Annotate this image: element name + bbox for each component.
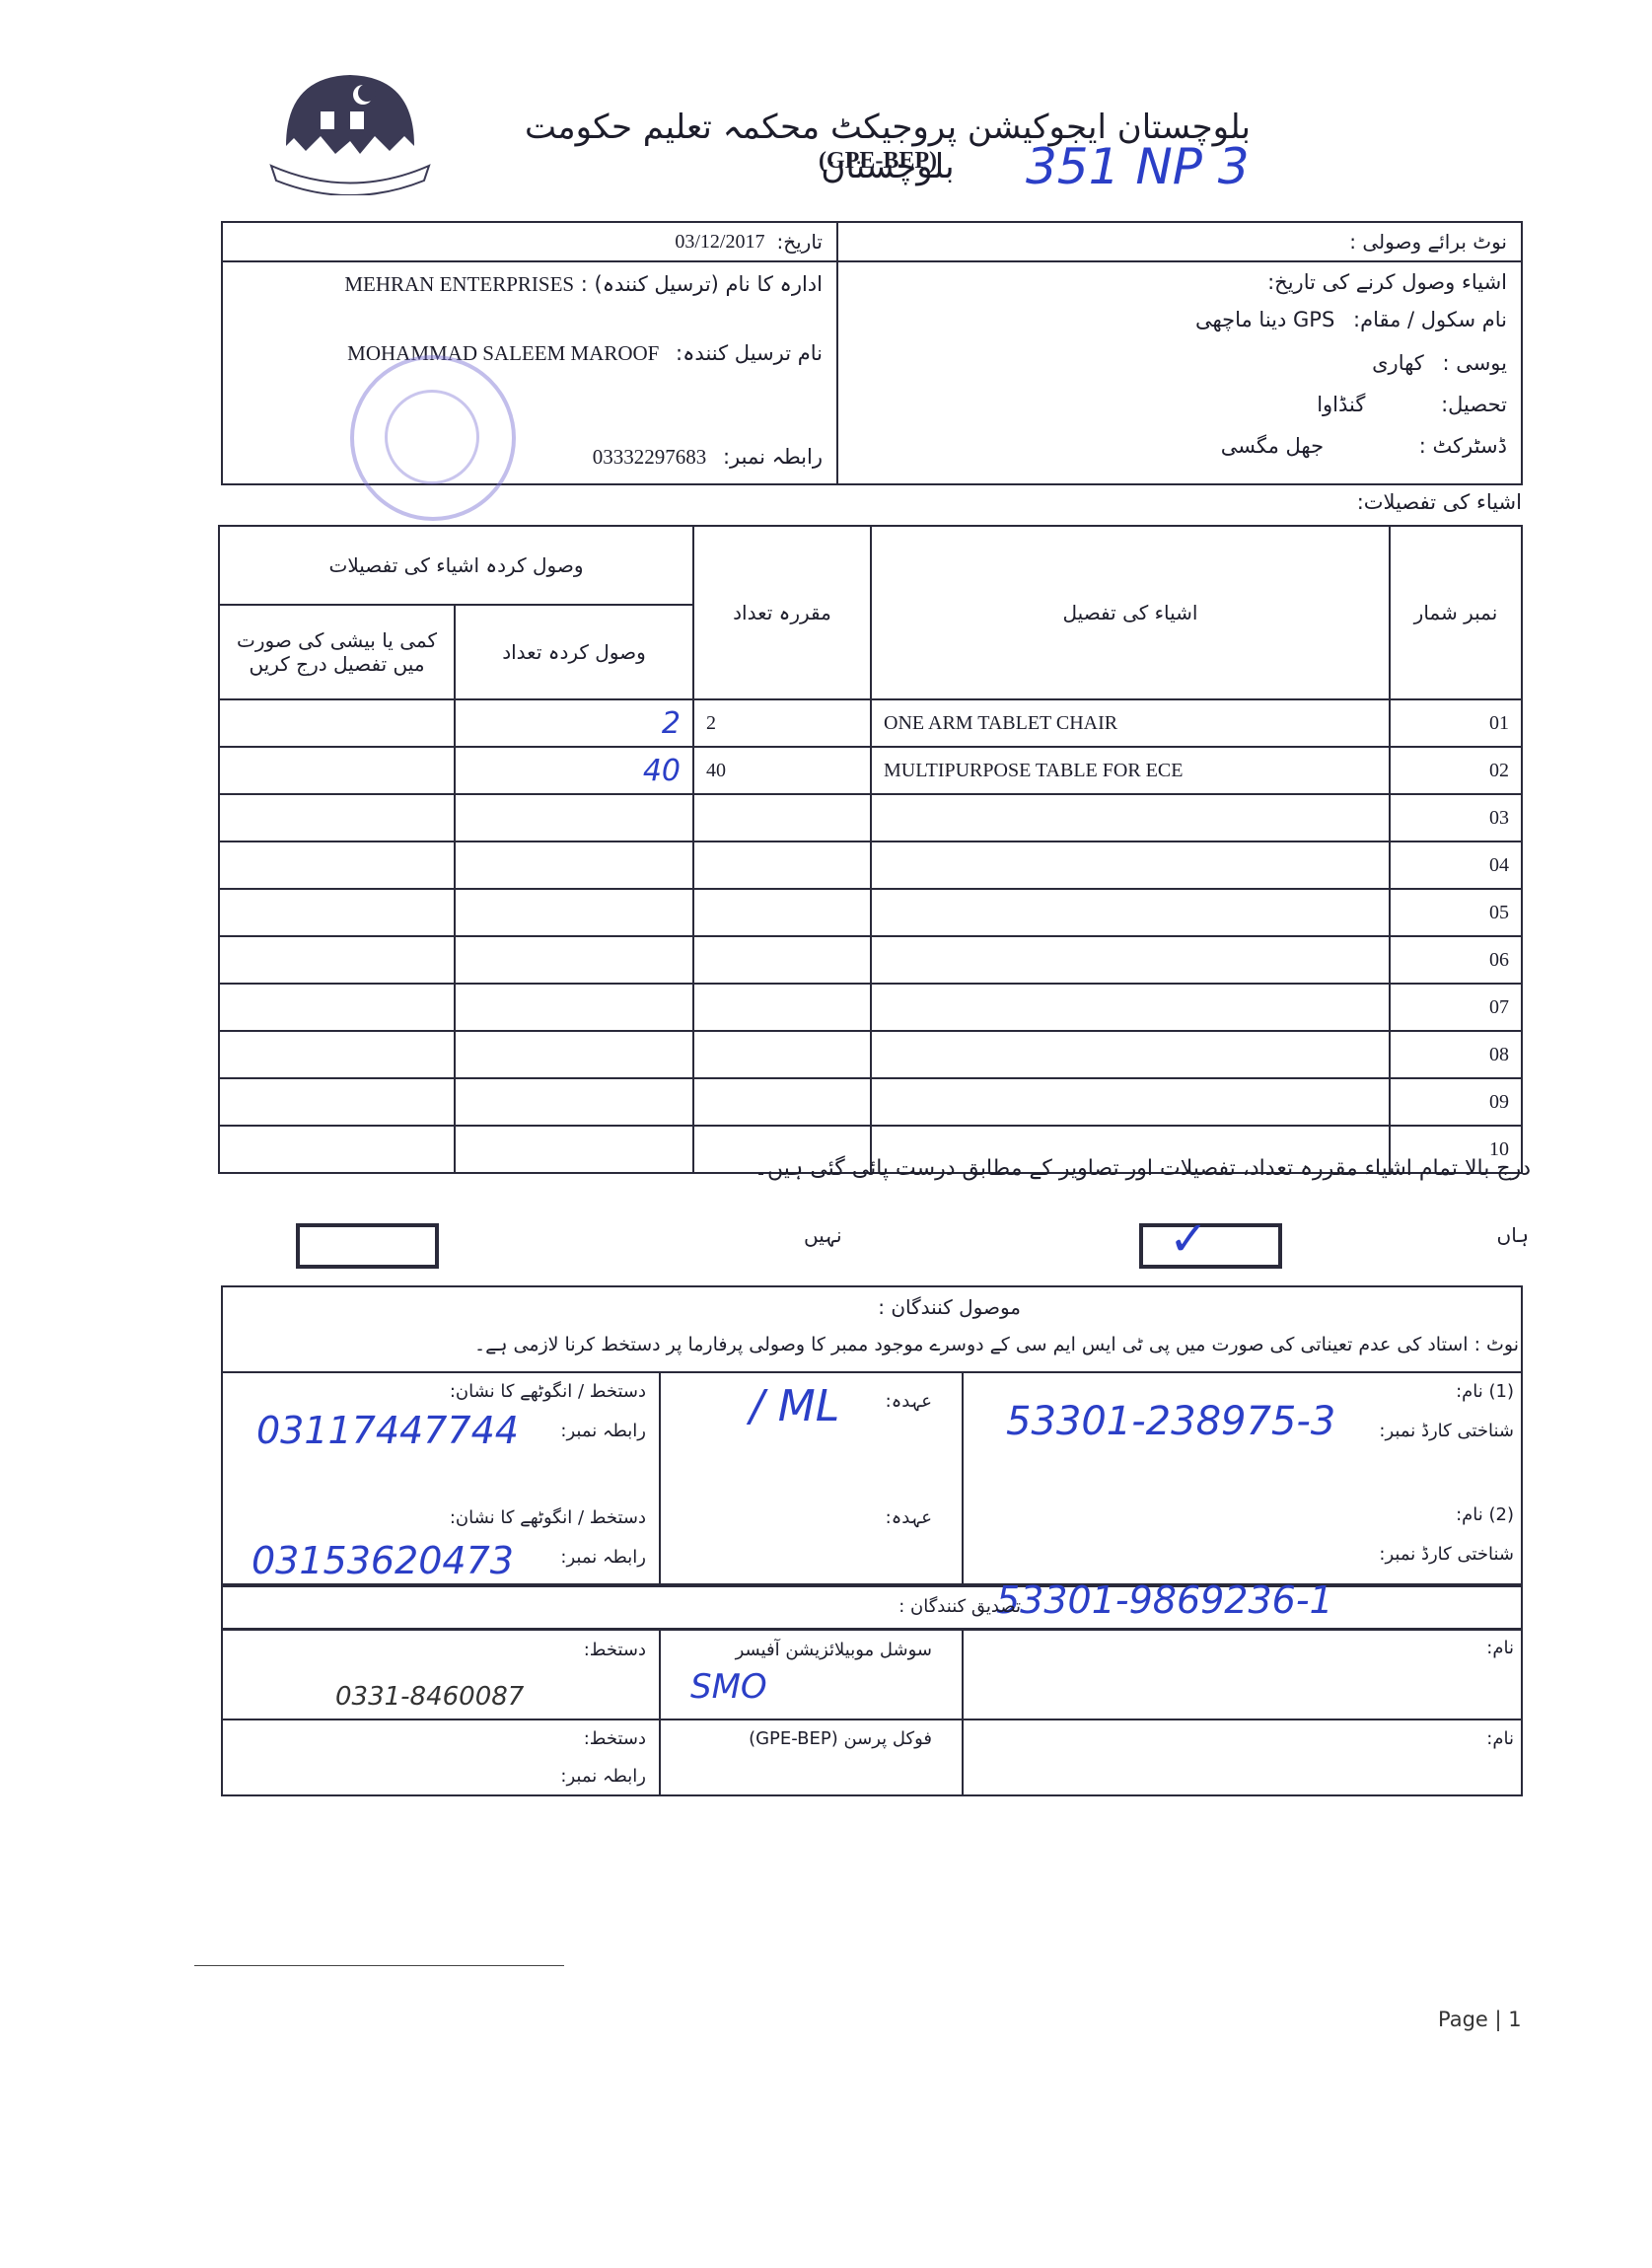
tehsil-row: تحصیل: گنڈاوا (1317, 393, 1507, 416)
discrepancy-cell (219, 1031, 455, 1078)
discrepancy-cell (219, 1078, 455, 1126)
description-cell (871, 984, 1390, 1031)
serial-cell: 03 (1390, 794, 1522, 841)
district-value: جھل مگسی (1221, 434, 1324, 458)
received-qty-cell (455, 1078, 693, 1126)
table-row: 05 (219, 889, 1522, 936)
discrepancy-cell (219, 747, 455, 794)
receiver-2-name-label: (2) نام: (1456, 1504, 1514, 1525)
description-cell (871, 1031, 1390, 1078)
date-label: تاریخ: (776, 230, 823, 254)
uc-label: یوسی : (1442, 351, 1507, 375)
district-label: ڈسٹرکٹ : (1419, 434, 1507, 458)
uc-value: کھاری (1372, 351, 1424, 375)
description-cell (871, 936, 1390, 984)
date-row: تاریخ: 03/12/2017 (223, 223, 836, 262)
school-label: نام سکول / مقام: (1353, 308, 1507, 331)
page-subtitle: (GPE-BEP) (730, 148, 1026, 175)
district-row: ڈسٹرکٹ : جھل مگسی (1221, 434, 1507, 458)
fixed-qty-cell (693, 984, 871, 1031)
serial-cell: 08 (1390, 1031, 1522, 1078)
handwritten-reference: 351 NP 3 (1026, 138, 1250, 195)
discrepancy-cell (219, 794, 455, 841)
received-qty-cell (455, 1126, 693, 1173)
date-value: 03/12/2017 (675, 231, 764, 254)
receiver-1-signature-label: دستخط / انگوٹھے کا نشان: (450, 1381, 646, 1402)
table-row: 07 (219, 984, 1522, 1031)
verifier-1-signature-label: دستخط: (584, 1640, 646, 1660)
discrepancy-cell (219, 699, 455, 747)
received-qty-cell (455, 984, 693, 1031)
discrepancy-cell (219, 936, 455, 984)
serial-cell: 01 (1390, 699, 1522, 747)
verifier-2-role: فوکل پرسن (GPE-BEP) (749, 1728, 932, 1749)
receiver-1-designation-label: عہدہ: (886, 1391, 932, 1412)
fixed-qty-cell (693, 889, 871, 936)
verifier-1-role: سوشل موبیلائزیشن آفیسر (736, 1640, 932, 1660)
receivers-note: نوٹ : استاد کی عدم تعیناتی کی صورت میں پ… (474, 1334, 1519, 1355)
receiver-1-name-label: (1) نام: (1456, 1381, 1514, 1402)
table-row: 04 (219, 841, 1522, 889)
description-cell (871, 794, 1390, 841)
serial-cell: 06 (1390, 936, 1522, 984)
divider (221, 1628, 1523, 1631)
verifiers-title: تصدیق کنندگان : (898, 1596, 1021, 1617)
yes-checkbox[interactable] (1139, 1223, 1282, 1269)
receiver-1-cnic: 53301-238975-3 (1006, 1399, 1335, 1444)
discrepancy-cell (219, 984, 455, 1031)
divider (962, 1371, 964, 1583)
verifier-1-contact: 0331-8460087 (335, 1682, 524, 1712)
header-serial: نمبر شمار (1390, 526, 1522, 699)
verifier-1-role-handwritten: SMO (690, 1667, 767, 1707)
footer-rule (194, 1965, 564, 1966)
receiver-2-cnic-label: شناختی کارڈ نمبر: (1379, 1544, 1514, 1565)
discrepancy-cell (219, 841, 455, 889)
sender-label: نام ترسیل کنندہ: (676, 341, 823, 365)
table-header-row: نمبر شمار اشیاء کی تفصیل مقررہ تعداد وصو… (219, 526, 1522, 605)
table-row: 08 (219, 1031, 1522, 1078)
table-row: 03 (219, 794, 1522, 841)
serial-cell: 07 (1390, 984, 1522, 1031)
receiver-1-cnic-label: شناختی کارڈ نمبر: (1379, 1421, 1514, 1441)
received-qty-cell: 40 (455, 747, 693, 794)
receiver-2-contact: 03153620473 (251, 1539, 514, 1582)
fixed-qty-cell: 2 (693, 699, 871, 747)
items-section-label: اشیاء کی تفصیلات: (1357, 490, 1522, 514)
note-row: نوٹ برائے وصولی : (836, 223, 1521, 262)
receiver-2-cnic: 53301-9869236-1 (996, 1578, 1333, 1622)
fixed-qty-cell (693, 1078, 871, 1126)
school-value: GPS دینا ماچھی (1195, 308, 1334, 331)
government-logo (266, 67, 434, 195)
divider (221, 1371, 1523, 1373)
divider (659, 1628, 661, 1796)
table-row: 01ONE ARM TABLET CHAIR22 (219, 699, 1522, 747)
org-row: ادارہ کا نام (ترسیل کنندہ) : MEHRAN ENTE… (344, 272, 823, 297)
receiver-1-designation-signature: / ML (750, 1381, 839, 1431)
received-qty-cell (455, 936, 693, 984)
declaration-text: درج بالا تمام اشیاء مقررہ تعداد، تفصیلات… (754, 1156, 1531, 1181)
company-stamp-inner (385, 390, 479, 484)
check-mark-icon: ✓ (1169, 1211, 1208, 1267)
header-discrepancy: کمی یا بیشی کی صورت میں تفصیل درج کریں (219, 605, 455, 699)
receive-date-label: اشیاء وصول کرنے کی تاریخ: (1267, 270, 1507, 294)
header-description: اشیاء کی تفصیل (871, 526, 1390, 699)
received-qty-cell (455, 889, 693, 936)
sender-info: تاریخ: 03/12/2017 ادارہ کا نام (ترسیل کن… (223, 223, 838, 483)
header-received-group: وصول کردہ اشیاء کی تفصیلات (219, 526, 693, 605)
contact-value: 03332297683 (593, 445, 707, 469)
table-row: 09 (219, 1078, 1522, 1126)
school-row: نام سکول / مقام: GPS دینا ماچھی (1195, 308, 1507, 331)
page-number: Page | 1 (1438, 2008, 1522, 2031)
receipt-info: نوٹ برائے وصولی : اشیاء وصول کرنے کی تار… (836, 223, 1521, 483)
tehsil-value: گنڈاوا (1317, 393, 1365, 416)
discrepancy-cell (219, 889, 455, 936)
tehsil-label: تحصیل: (1441, 393, 1507, 416)
description-cell (871, 1078, 1390, 1126)
serial-cell: 05 (1390, 889, 1522, 936)
receiver-1-contact: 03117447744 (256, 1409, 519, 1452)
received-qty-cell: 2 (455, 699, 693, 747)
verifier-2-signature-label: دستخط: (584, 1728, 646, 1749)
fixed-qty-cell (693, 936, 871, 984)
receivers-title: موصول کنندگان : (878, 1295, 1021, 1319)
fixed-qty-cell (693, 794, 871, 841)
description-cell: MULTIPURPOSE TABLE FOR ECE (871, 747, 1390, 794)
no-checkbox[interactable] (296, 1223, 439, 1269)
header-received-qty: وصول کردہ تعداد (455, 605, 693, 699)
received-qty-cell (455, 1031, 693, 1078)
fixed-qty-cell: 40 (693, 747, 871, 794)
verifier-2-contact-label: رابطہ نمبر: (560, 1766, 646, 1787)
table-row: 06 (219, 936, 1522, 984)
verifier-2-name-label: نام: (1486, 1728, 1514, 1749)
serial-cell: 09 (1390, 1078, 1522, 1126)
received-qty-cell (455, 841, 693, 889)
org-label: ادارہ کا نام (ترسیل کنندہ) : (581, 272, 823, 296)
uc-row: یوسی : کھاری (1372, 351, 1507, 375)
receiver-2-designation-label: عہدہ: (886, 1507, 932, 1528)
description-cell (871, 841, 1390, 889)
header-fixed-qty: مقررہ تعداد (693, 526, 871, 699)
description-cell (871, 889, 1390, 936)
received-qty-cell (455, 794, 693, 841)
serial-cell: 02 (1390, 747, 1522, 794)
divider (659, 1371, 661, 1583)
note-label: نوٹ برائے وصولی : (1349, 230, 1507, 254)
sender-name: MOHAMMAD SALEEM MAROOF (347, 341, 659, 365)
items-table: نمبر شمار اشیاء کی تفصیل مقررہ تعداد وصو… (218, 525, 1523, 1174)
no-label: نہیں (804, 1223, 842, 1247)
divider (962, 1628, 964, 1796)
contact-row: رابطہ نمبر: 03332297683 (593, 445, 823, 470)
verifier-1-name-label: نام: (1486, 1638, 1514, 1658)
fixed-qty-cell (693, 841, 871, 889)
table-row: 02MULTIPURPOSE TABLE FOR ECE4040 (219, 747, 1522, 794)
yes-label: ہاں (1497, 1223, 1530, 1247)
fixed-qty-cell (693, 1031, 871, 1078)
receiver-2-signature-label: دستخط / انگوٹھے کا نشان: (450, 1507, 646, 1528)
divider (221, 1719, 1523, 1720)
description-cell: ONE ARM TABLET CHAIR (871, 699, 1390, 747)
receiver-2-contact-label: رابطہ نمبر: (560, 1547, 646, 1568)
discrepancy-cell (219, 1126, 455, 1173)
contact-label: رابطہ نمبر: (723, 445, 823, 469)
receiver-1-contact-label: رابطہ نمبر: (560, 1421, 646, 1441)
serial-cell: 04 (1390, 841, 1522, 889)
org-name: MEHRAN ENTERPRISES (344, 272, 574, 296)
